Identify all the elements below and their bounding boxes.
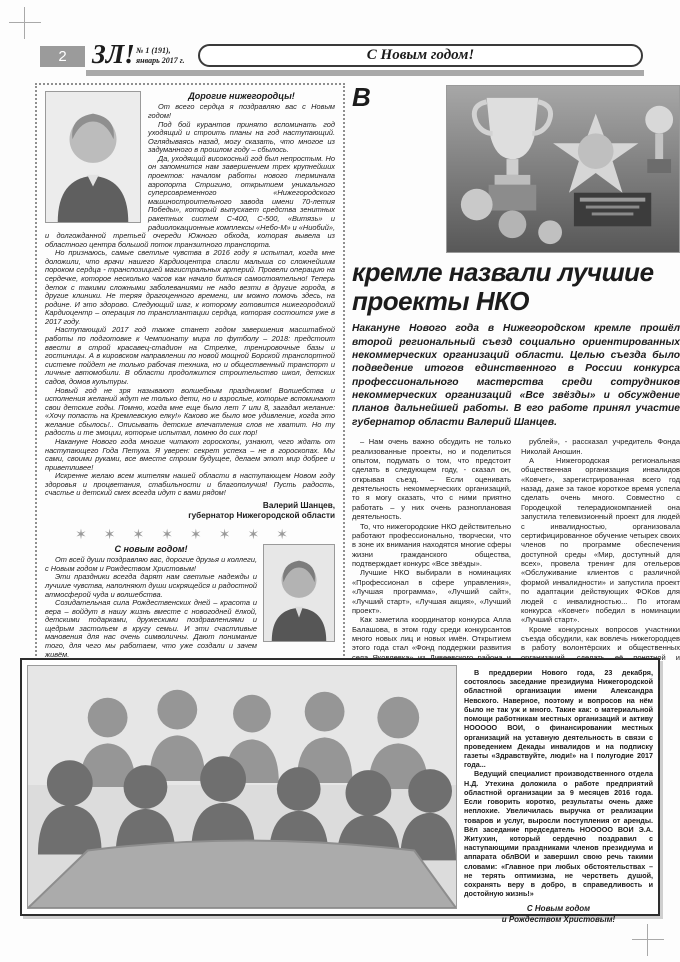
article-paragraph: Как заметила координатор конкурса Алла Б… — [352, 615, 511, 660]
article-column-left: – Нам очень важно обсудить не только реа… — [352, 437, 511, 660]
closing-line: С Новым годом — [527, 904, 590, 913]
presidium-closing: С Новым годом и Рождеством Христовым! — [464, 904, 653, 926]
letter-governor-paragraph: Но признаюсь, самые светлые чувства в 20… — [45, 249, 335, 326]
photo-trophies-awards — [446, 85, 680, 253]
photo-governor-shantsev — [45, 91, 141, 223]
article-nko-contest: В кремле назвали лучшие проекты НКО Нака… — [352, 83, 680, 660]
article-paragraph: А Нижегородская региональная общественна… — [521, 456, 680, 625]
article-paragraph: Кроме конкурсных вопросов участники съез… — [521, 625, 680, 660]
article-paragraph: Лучшие НКО выбирали в номинациях «Профес… — [352, 568, 511, 615]
star-separator: ✶✶✶✶✶✶✶✶ — [45, 526, 335, 542]
article-lede: Накануне Нового года в Нижегородском кре… — [352, 322, 680, 429]
article-body: – Нам очень важно обсудить не только реа… — [352, 437, 680, 660]
page-header: 2 ЗЛ! № 1 (191), январь 2017 г. С Новым … — [40, 43, 648, 75]
greetings-letters-box: Дорогие нижегородцы! От всего сердца я п… — [35, 83, 345, 672]
presidium-paragraph: В преддверии Нового года, 23 декабря, со… — [464, 668, 653, 769]
signature-governor-role: губернатор Нижегородской области — [188, 511, 335, 520]
crop-mark-top-left — [9, 7, 41, 39]
crop-mark-bottom-right — [632, 924, 664, 956]
issue-info: № 1 (191), январь 2017 г. — [136, 46, 198, 67]
article-paragraph: – Нам очень важно обсудить не только реа… — [352, 437, 511, 521]
page-number: 2 — [40, 46, 85, 67]
issue-number: № 1 (191), — [136, 46, 171, 55]
signature-governor-name: Валерий Шанцев, — [263, 501, 335, 510]
closing-line: и Рождеством Христовым! — [502, 915, 615, 924]
issue-date: январь 2017 г. — [136, 56, 185, 65]
newspaper-logo: ЗЛ! — [92, 39, 135, 70]
article-column-right: рублей», - рассказал учредитель Фонда Ни… — [521, 437, 680, 660]
article-paragraph: То, что нижегородские НКО действительно … — [352, 522, 511, 569]
article-paragraph: рублей», - рассказал учредитель Фонда Ни… — [521, 437, 680, 456]
letter-governor-paragraph: Новый год не зря называют волшебным праз… — [45, 387, 335, 438]
signature-governor: Валерий Шанцев, губернатор Нижегородской… — [45, 501, 335, 522]
letter-governor-paragraph: Наступающий 2017 год также станет годом … — [45, 326, 335, 386]
section-banner: С Новым годом! — [198, 44, 643, 67]
presidium-paragraph: Ведущий специалист производственного отд… — [464, 769, 653, 898]
letter-governor-paragraph: Искренне желаю всем жителям нашей област… — [45, 472, 335, 498]
header-rule — [86, 70, 644, 76]
presidium-news-box: В преддверии Нового года, 23 декабря, со… — [20, 658, 660, 916]
photo-chairman-zhitukhin — [263, 544, 335, 642]
letter-governor-paragraph: Накануне Нового года многие читают горос… — [45, 438, 335, 472]
presidium-report-text: В преддверии Нового года, 23 декабря, со… — [464, 665, 653, 909]
photo-presidium-group — [27, 665, 457, 909]
